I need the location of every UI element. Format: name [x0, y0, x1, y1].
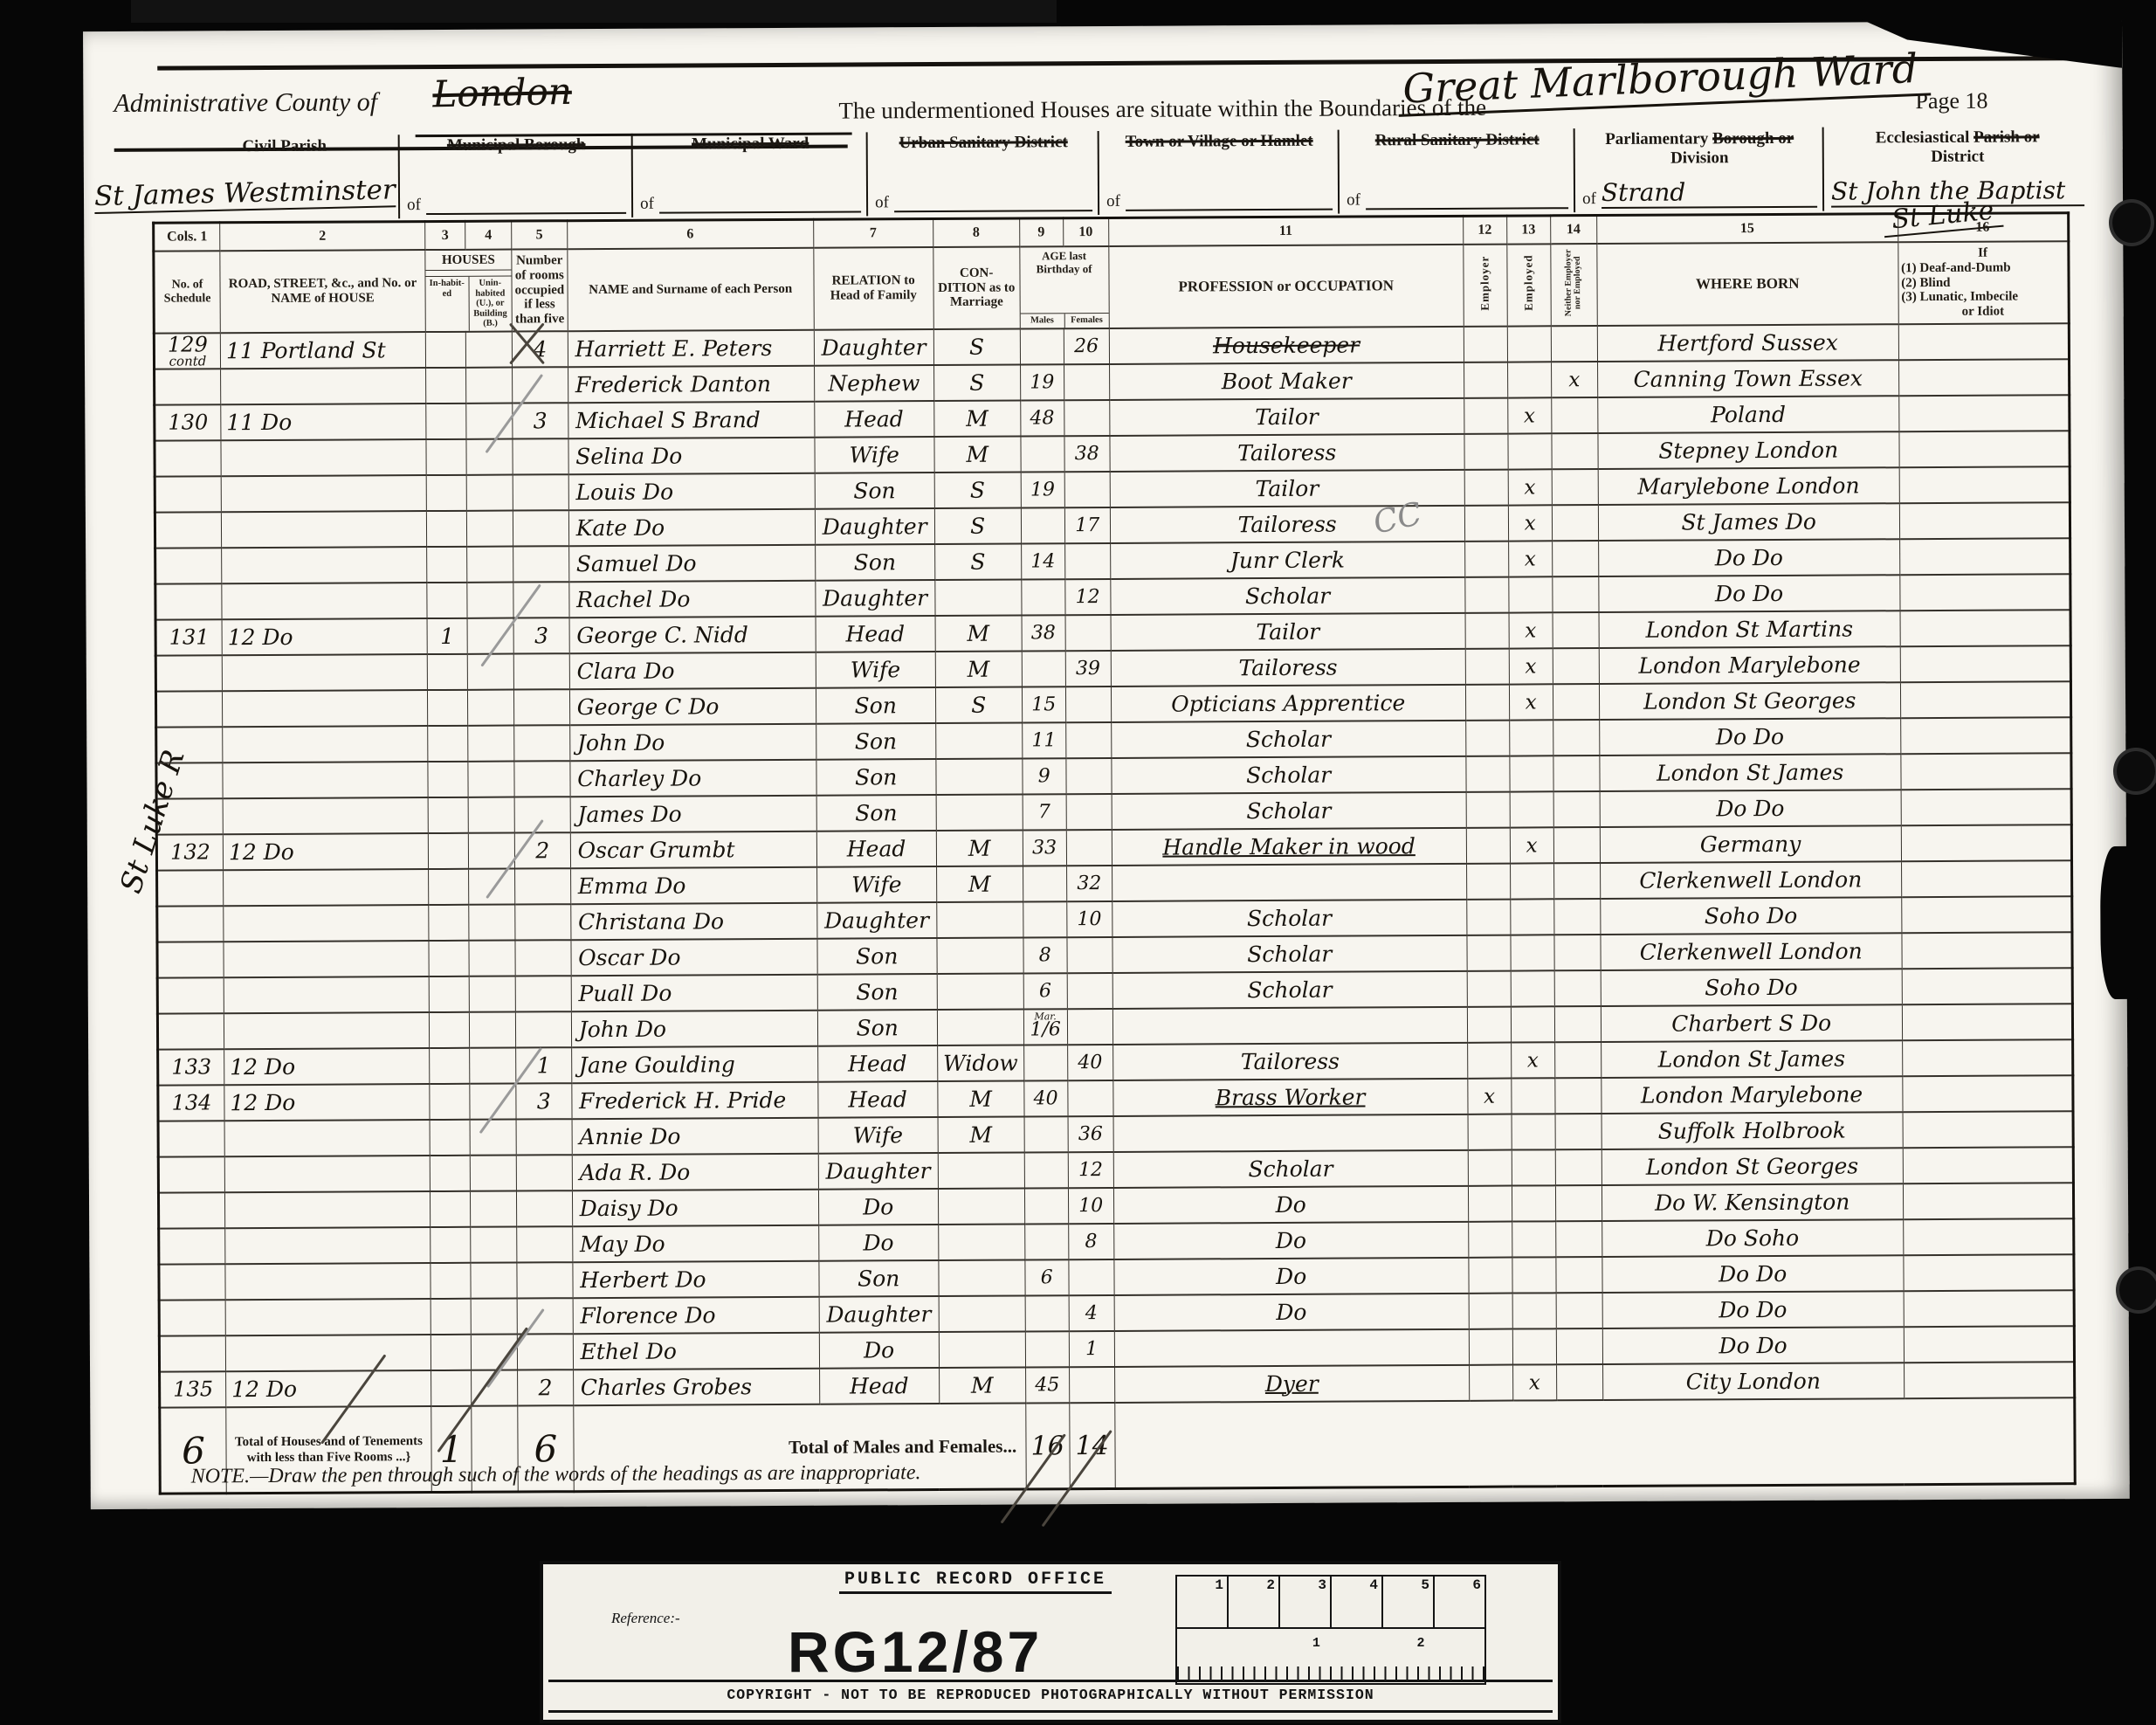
cell-age_f: [1066, 794, 1112, 830]
cell-value: 6: [1039, 980, 1051, 1002]
cell-born: Canning Town Essex: [1597, 360, 1898, 397]
cell-emp: [1467, 1043, 1511, 1079]
cell-name: George C Do: [569, 688, 816, 725]
cell-infirmity: [1901, 789, 2071, 825]
cell-rooms: [514, 797, 570, 832]
cell-value: 3: [534, 408, 548, 433]
cell-infirmity: [1901, 860, 2071, 897]
col-header-uninhabited: Unin-habited (U.), or Building (B.): [468, 277, 512, 331]
cell-infirmity: [1900, 645, 2070, 682]
cell-inhabited: [428, 726, 468, 762]
cell-name: Puall Do: [571, 975, 817, 1011]
cell-emp: [1464, 542, 1508, 577]
cell-value: Puall Do: [578, 981, 672, 1007]
cell-name: James Do: [570, 796, 816, 832]
cell-address: [222, 690, 427, 727]
cell-value: Son: [856, 979, 898, 1004]
cell-age_f: 1: [1069, 1331, 1114, 1367]
cell-age_m: 9: [1023, 758, 1066, 794]
cell-value: George C. Nidd: [576, 622, 748, 648]
cell-name: Selina Do: [568, 438, 815, 474]
cell-cond: [936, 794, 1023, 831]
cell-value: 17: [1075, 514, 1099, 536]
cell-value: S: [969, 370, 984, 396]
cell-age_m: 6: [1023, 973, 1067, 1009]
cell-schedule: [157, 870, 224, 906]
cell-cond: M: [936, 830, 1023, 866]
cell-value: x: [1524, 404, 1535, 427]
cell-value: Daughter: [826, 1301, 931, 1328]
cell-infirmity: [1898, 323, 2069, 360]
cell-value: Tailoress: [1238, 655, 1337, 681]
cell-value: Do Do: [1719, 1333, 1787, 1358]
col-header-females: Females: [1064, 314, 1108, 328]
cell-relation: Daughter: [815, 580, 934, 617]
cell-inhabited: [426, 439, 466, 475]
cell-value: Scholar: [1246, 762, 1331, 789]
cell-empd: x: [1508, 541, 1552, 576]
cell-cond: S: [934, 543, 1021, 580]
cell-age_m: 15: [1022, 687, 1065, 722]
cell-value: Wife: [853, 1122, 903, 1148]
cell-neither: [1554, 1006, 1601, 1042]
cell-value: Stepney London: [1658, 438, 1838, 464]
col-num: 14: [1550, 216, 1596, 245]
cell-value: Son: [854, 549, 896, 575]
cell-value: Daughter: [823, 585, 927, 611]
cell-name: Emma Do: [570, 867, 816, 904]
cell-infirmity: [1901, 896, 2071, 933]
cell-inhabited: [430, 1084, 470, 1120]
cell-value: Boot Maker: [1222, 369, 1352, 395]
cell-age_f: 40: [1067, 1045, 1112, 1080]
cell-schedule: [155, 440, 221, 476]
cell-cond: M: [937, 1080, 1023, 1117]
cell-occ: Tailoress: [1112, 1043, 1467, 1080]
cell-value: Do Do: [1715, 545, 1783, 570]
cell-address: [225, 1335, 431, 1371]
cell-value: Ada R. Do: [579, 1159, 690, 1185]
cell-born: London St James: [1601, 1040, 1902, 1078]
col-header-schedule: No. of Schedule: [154, 251, 220, 333]
cell-occ: Tailor: [1111, 613, 1465, 651]
cell-born: Clerkenwell London: [1601, 933, 1902, 970]
cell-value: Do Do: [1715, 581, 1783, 606]
cell-rooms: [516, 1155, 572, 1190]
admin-county-label: Administrative County of: [114, 87, 377, 119]
cell-address: 12 Do: [224, 1084, 430, 1121]
cell-empd: [1510, 756, 1553, 791]
cell-value: M: [967, 621, 989, 646]
cell-relation: Wife: [815, 437, 934, 473]
cell-schedule: [158, 1156, 224, 1192]
cell-infirmity: [1899, 574, 2070, 611]
column-header-row: No. of Schedule ROAD, STREET, &c., and N…: [154, 241, 2069, 333]
col-num: Cols. 1: [154, 223, 220, 252]
cell-uninhabited: [471, 1263, 517, 1299]
cell-value: London St Georges: [1646, 1153, 1859, 1179]
cell-value: 12 Do: [230, 1054, 295, 1080]
cell-inhabited: [429, 1012, 469, 1048]
cell-value: 1/6: [1030, 1018, 1061, 1040]
cell-empd: [1507, 326, 1551, 362]
cell-neither: [1556, 1257, 1602, 1293]
cell-name: John Do: [571, 1011, 817, 1047]
public-record-office-stamp: PUBLIC RECORD OFFICE Reference:- RG12/87…: [540, 1561, 1561, 1723]
cell-emp: [1464, 506, 1508, 542]
cell-value: 40: [1034, 1087, 1058, 1109]
cell-value: Scholar: [1247, 942, 1332, 968]
cell-value: 9: [1038, 765, 1050, 787]
cell-neither: [1555, 1114, 1602, 1149]
cell-value: 2: [538, 1375, 552, 1400]
cell-age_m: [1023, 1045, 1067, 1080]
col-header-profession: PROFESSION or OCCUPATION: [1108, 245, 1463, 328]
cell-emp: [1466, 828, 1510, 864]
cell-emp: [1469, 1329, 1512, 1365]
cell-schedule: 134: [158, 1085, 224, 1121]
cell-emp: [1468, 1150, 1512, 1186]
cell-name: Ada R. Do: [572, 1154, 818, 1190]
cell-relation: Son: [816, 687, 935, 724]
cell-value: Son: [856, 1015, 898, 1040]
cell-emp: [1466, 792, 1510, 828]
cell-value: Tailor: [1255, 404, 1319, 430]
cell-address: [224, 941, 429, 977]
cell-relation: Head: [814, 401, 933, 438]
cell-value: 3: [537, 1088, 551, 1114]
district-municipal-borough: Municipal Borough of: [398, 134, 633, 218]
cell-neither: [1554, 1078, 1601, 1114]
cell-value: London St Georges: [1643, 687, 1856, 714]
cell-uninhabited: [470, 1156, 516, 1191]
cell-cond: [936, 901, 1023, 938]
cell-uninhabited: [471, 1227, 517, 1263]
ruler-number: 1: [1177, 1577, 1229, 1627]
cell-empd: x: [1507, 397, 1551, 433]
cell-inhabited: [428, 833, 468, 869]
cell-occ: Scholar: [1110, 577, 1464, 615]
cell-inhabited: [425, 332, 465, 368]
cell-born: London Marylebone: [1599, 646, 1900, 684]
cell-cond: M: [939, 1367, 1025, 1404]
cell-schedule: [158, 1121, 224, 1156]
reference-value: RG12/87: [788, 1618, 1043, 1685]
scanned-census-page: Administrative County of London The unde…: [0, 0, 2156, 1725]
cell-value: Frederick Danton: [575, 371, 771, 397]
cell-empd: [1511, 1006, 1554, 1042]
cell-uninhabited: [468, 726, 514, 762]
cell-infirmity: [1902, 968, 2072, 1004]
district-municipal-ward: Municipal Ward of: [631, 132, 868, 217]
cell-occ: [1113, 1114, 1468, 1152]
cell-name: Daisy Do: [572, 1190, 818, 1226]
cell-value: Son: [855, 693, 897, 718]
cell-schedule: [159, 1335, 225, 1371]
cell-age_m: 7: [1023, 794, 1066, 830]
cell-age_f: 4: [1069, 1295, 1114, 1331]
cell-relation: Daughter: [815, 508, 934, 545]
cell-age_m: [1024, 1188, 1068, 1224]
cell-value: Herbert Do: [580, 1266, 706, 1293]
cell-born: London St James: [1600, 754, 1901, 791]
cell-occ: Scholar: [1111, 721, 1465, 758]
cell-value: 39: [1076, 658, 1100, 680]
cell-rooms: 2: [514, 832, 570, 868]
cell-uninhabited: [469, 1012, 515, 1048]
cell-age_m: [1024, 1152, 1068, 1188]
cell-relation: Son: [815, 544, 934, 581]
cell-empd: x: [1509, 684, 1553, 720]
cell-relation: Wife: [818, 1117, 938, 1154]
cell-infirmity: [1899, 502, 2070, 539]
cell-name: Herbert Do: [573, 1261, 819, 1298]
census-sheet: Administrative County of London The unde…: [83, 21, 2130, 1509]
cell-cond: [938, 1224, 1024, 1260]
cell-cond: S: [933, 328, 1020, 365]
cell-value: Do Do: [1719, 1297, 1787, 1322]
cell-value: Do: [1276, 1228, 1306, 1253]
cell-value: M: [966, 406, 988, 431]
cell-value: Dyer: [1265, 1371, 1319, 1397]
cell-emp: [1469, 1365, 1512, 1401]
cell-cond: M: [935, 651, 1022, 687]
cell-infirmity: [1899, 538, 2070, 575]
cell-neither: x: [1551, 362, 1597, 397]
cell-rooms: [515, 940, 571, 976]
cell-value: Soho Do: [1705, 903, 1798, 929]
cell-rooms: [516, 1119, 572, 1155]
cell-value: Marylebone London: [1637, 473, 1859, 499]
cell-value: Tailoress: [1237, 440, 1336, 466]
ruler-cm-row: 1 2 3 4 5 6: [1177, 1577, 1484, 1629]
cell-empd: x: [1512, 1364, 1556, 1400]
cell-rooms: [513, 653, 569, 689]
cell-schedule: [155, 512, 221, 548]
cell-age_f: 10: [1066, 901, 1112, 937]
cell-value: Scholar: [1246, 727, 1331, 753]
cell-rooms: 3: [513, 403, 568, 438]
cell-occ: Tailoress: [1110, 434, 1464, 472]
cell-born: Do Do: [1599, 718, 1900, 756]
copyright-line: COPYRIGHT - NOT TO BE REPRODUCED PHOTOGR…: [548, 1680, 1553, 1713]
cell-age_f: 32: [1066, 866, 1112, 901]
cell-born: Do Do: [1602, 1255, 1904, 1293]
cell-value: Do: [1276, 1264, 1306, 1289]
cell-value: 3: [534, 623, 548, 648]
cell-address: [225, 1299, 431, 1335]
cell-age_f: [1067, 937, 1112, 973]
punch-hole: [2109, 199, 2154, 246]
cell-value: St James Do: [1681, 509, 1816, 535]
col-header-condition: CON-DITION as to Marriage: [933, 247, 1019, 330]
cell-inhabited: [429, 869, 469, 905]
cell-inhabited: [428, 762, 468, 797]
cell-cond: [936, 758, 1023, 795]
cell-uninhabited: [470, 1048, 516, 1084]
cell-occ: Housekeeper: [1109, 327, 1464, 364]
cell-born: St James Do: [1598, 503, 1899, 541]
cell-occ: [1112, 1007, 1467, 1045]
cell-value: Housekeeper: [1213, 332, 1360, 358]
cell-infirmity: [1898, 359, 2069, 396]
col-num: 15: [1596, 214, 1898, 244]
cell-value: London St James: [1658, 1046, 1845, 1073]
cell-name: Oscar Do: [571, 939, 817, 976]
cell-value: Harriett E. Peters: [575, 335, 773, 362]
cell-value: S: [970, 549, 985, 575]
cell-occ: Junr Clerk: [1110, 542, 1464, 579]
cell-occ: Handle Maker in wood: [1112, 828, 1466, 866]
cell-emp: [1464, 398, 1507, 434]
scan-streak: [131, 0, 1057, 23]
cell-schedule: 133: [158, 1049, 224, 1085]
cell-value: Suffolk Holbrook: [1658, 1118, 1846, 1144]
cell-age_f: 26: [1064, 328, 1109, 364]
cell-occ: Do: [1113, 1222, 1468, 1259]
cell-address: [221, 511, 426, 548]
cell-occ: Scholar: [1112, 900, 1466, 937]
cell-value: 45: [1035, 1374, 1059, 1396]
cell-value: 1: [537, 1052, 551, 1078]
district-parliamentary: Parliamentary Borough orDivision ofStran…: [1574, 128, 1824, 213]
cell-age_f: [1069, 1367, 1114, 1403]
cell-occ: [1112, 864, 1466, 901]
cell-rooms: [515, 868, 571, 904]
cell-cond: [934, 579, 1021, 616]
cell-schedule: 135: [160, 1371, 226, 1407]
admin-county-value: London: [432, 70, 573, 116]
cell-relation: Son: [816, 759, 936, 796]
cell-neither: [1555, 1221, 1602, 1257]
cell-infirmity: [1899, 466, 2070, 503]
cell-age_f: 36: [1068, 1116, 1113, 1152]
col-num: 10: [1063, 217, 1108, 246]
cell-uninhabited: [470, 1120, 516, 1156]
cell-name: Charles Grobes: [573, 1369, 819, 1405]
cell-age_m: 8: [1023, 937, 1067, 973]
ruler-number: 1: [1312, 1636, 1320, 1651]
boundary-value: Great Marlborough Ward: [1396, 44, 1931, 116]
col-header-age: AGE last Birthday of Males Females: [1019, 246, 1108, 329]
cell-age_f: [1064, 364, 1109, 400]
cell-infirmity: [1904, 1362, 2074, 1398]
cell-address: 12 Do: [226, 1370, 431, 1407]
cell-address: 11 Portland St: [220, 332, 425, 369]
ruler-scale: 1 2 3 4 5 6 1 2: [1175, 1575, 1486, 1685]
cell-value: Scholar: [1245, 583, 1330, 610]
cell-inhabited: [428, 797, 468, 833]
punch-hole: [2116, 1266, 2156, 1314]
cell-name: Frederick H. Pride: [572, 1082, 818, 1119]
cell-born: Do Soho: [1602, 1219, 1903, 1257]
cell-emp: [1468, 1222, 1512, 1258]
cell-relation: Wife: [816, 866, 936, 903]
cell-value: Germany: [1700, 831, 1801, 858]
col-header-employed: Employed: [1506, 244, 1550, 326]
cell-emp: [1464, 327, 1507, 362]
cell-rooms: [517, 1334, 573, 1370]
cell-cond: M: [935, 615, 1022, 652]
cell-inhabited: [426, 475, 466, 511]
col-header-relation: RELATION to Head of Family: [813, 247, 933, 330]
cell-age_m: [1024, 1224, 1068, 1259]
cell-value: Charbert S Do: [1671, 1011, 1831, 1037]
page-number: Page 18: [1915, 88, 1987, 114]
cell-infirmity: [1898, 395, 2069, 431]
cell-address: 12 Do: [222, 618, 427, 655]
cell-value: 38: [1075, 443, 1099, 465]
col-num: 3: [425, 221, 465, 250]
cell-born: London Marylebone: [1601, 1076, 1902, 1114]
cell-cond: [939, 1259, 1025, 1296]
cell-value: Scholar: [1248, 1156, 1333, 1183]
cell-empd: [1512, 1293, 1556, 1328]
cell-uninhabited: [467, 690, 513, 726]
cell-emp: [1465, 613, 1509, 649]
cell-address: [221, 368, 426, 404]
cell-empd: [1510, 791, 1553, 827]
cell-infirmity: [1902, 1039, 2072, 1076]
cell-inhabited: [431, 1227, 471, 1263]
cell-value: Son: [858, 1266, 899, 1291]
cell-value: 15: [1031, 693, 1056, 715]
cell-empd: x: [1509, 648, 1553, 684]
cell-value: M: [969, 1087, 992, 1112]
col-header-males: Males: [1020, 314, 1064, 328]
cell-value: M: [966, 442, 988, 467]
cell-uninhabited: [470, 1191, 516, 1227]
cell-relation: Son: [819, 1260, 939, 1297]
cell-emp: [1464, 470, 1508, 506]
cell-address: [223, 762, 428, 798]
cell-neither: [1555, 1185, 1602, 1221]
cell-value: 130: [168, 410, 208, 434]
cell-uninhabited: [465, 332, 512, 368]
cell-value: x: [1527, 1049, 1539, 1072]
cell-value: Scholar: [1247, 906, 1332, 932]
cell-emp: [1467, 935, 1511, 971]
cell-occ: Scholar: [1112, 935, 1467, 973]
cell-value: Louis Do: [575, 480, 673, 506]
cell-age_f: [1067, 1080, 1112, 1116]
cell-age_f: [1065, 687, 1111, 722]
cell-rooms: [517, 1226, 573, 1262]
cell-value: x: [1525, 512, 1536, 535]
cell-value: 11 Do: [226, 410, 292, 435]
cell-relation: Head: [819, 1368, 939, 1404]
cell-occ: Brass Worker: [1112, 1079, 1467, 1116]
cell-empd: x: [1509, 612, 1553, 648]
cell-cond: M: [936, 866, 1023, 902]
cell-born: Germany: [1600, 825, 1901, 863]
cell-schedule: [159, 1300, 225, 1335]
cell-age_f: [1064, 543, 1110, 579]
cell-inhabited: [430, 1120, 470, 1156]
cell-address: [224, 1191, 430, 1228]
cell-born: Soho Do: [1600, 897, 1901, 935]
cell-cond: S: [933, 364, 1020, 401]
cell-value: Do W. Kensington: [1655, 1190, 1849, 1216]
cell-value: M: [968, 872, 991, 897]
cell-schedule: 130: [155, 404, 221, 440]
cell-value: Clerkenwell London: [1639, 866, 1862, 893]
cell-name: Harriett E. Peters: [568, 330, 814, 367]
cell-emp: [1464, 362, 1507, 398]
cell-value: James Do: [577, 802, 681, 828]
cell-value: Do: [863, 1194, 893, 1219]
cell-cond: [939, 1331, 1025, 1368]
